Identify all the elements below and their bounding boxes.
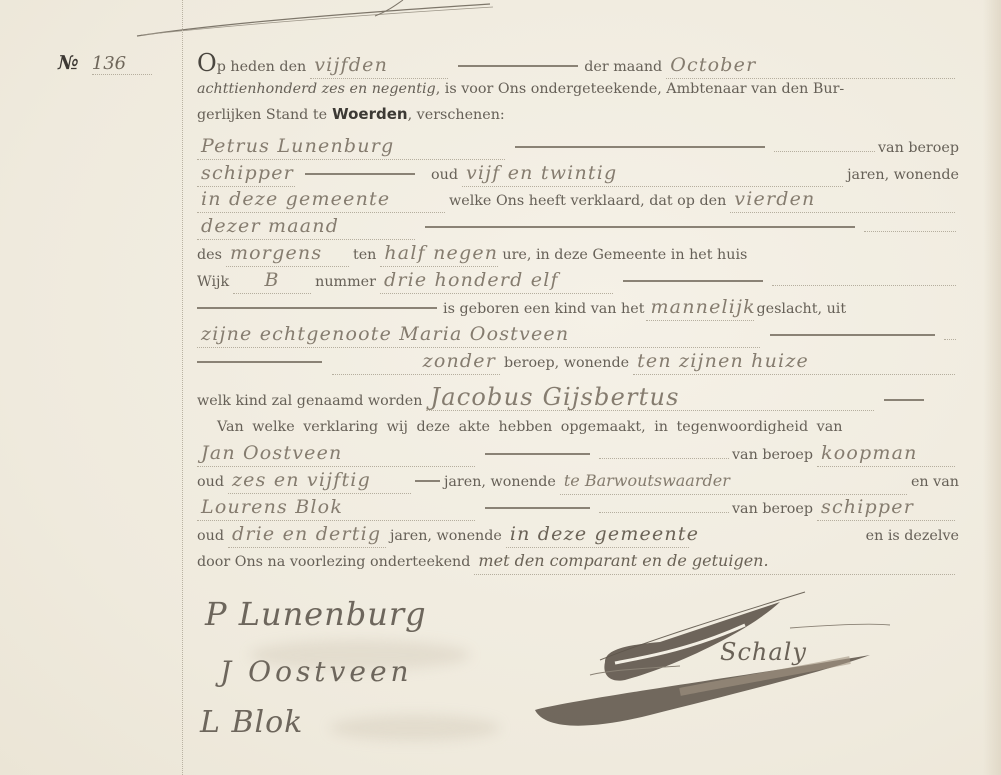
fill-dash (197, 361, 322, 363)
line-10: is geboren een kind van het mannelijk ge… (197, 294, 959, 320)
fill-dash (485, 453, 590, 455)
print-text: Van welke verklaring wij deze akte hebbe… (217, 414, 842, 440)
fill-dash (515, 146, 765, 148)
print-text: en van (911, 469, 959, 495)
fill-dash (485, 507, 590, 509)
field-signers: met den comparant en de getuigen. (474, 548, 955, 575)
margin-rule (182, 0, 183, 775)
line-16: oud zes en vijftig jaren, wonende te Bar… (197, 467, 959, 493)
signature-witness1: J Oostveen (220, 655, 413, 688)
signature-witness2: L Blok (200, 705, 303, 740)
print-text: van beroep (732, 496, 813, 522)
fill-dash (197, 307, 437, 309)
fill-dash (770, 334, 935, 336)
field-mother-occupation: zonder (332, 348, 500, 375)
fill-dash (458, 65, 578, 67)
print-text: welke Ons heeft verklaard, dat op den (449, 188, 726, 214)
print-text: , verschenen: (408, 102, 505, 128)
line-8: des morgens ten half negen ure, in deze … (197, 240, 959, 266)
print-text: welk kind zal genaamd worden (197, 388, 422, 414)
line-9: Wijk B nummer drie honderd elf (197, 267, 959, 293)
line-18: oud drie en dertig jaren, wonende in dez… (197, 521, 959, 547)
field-mother: zijne echtgenoote Maria Oostveen (197, 321, 760, 348)
line-12: zonder beroep, wonende ten zijnen huize (197, 348, 959, 374)
fill-dash (425, 226, 855, 228)
line-14: Van welke verklaring wij deze akte hebbe… (197, 414, 959, 440)
print-text: ten (353, 242, 376, 268)
field-house-number: drie honderd elf (380, 267, 613, 294)
field-birth-day: vierden (730, 186, 955, 213)
field-hour: half negen (380, 240, 498, 267)
field-witness2-residence: in deze gemeente (506, 521, 689, 548)
field-witness1-residence: te Barwoutswaarder (560, 468, 907, 495)
line-15: Jan Oostveen van beroep koopman (197, 440, 959, 466)
line-2: achttienhonderd zes en negentig , is voo… (197, 76, 959, 102)
page-edge (983, 0, 1001, 775)
field-residence: in deze gemeente (197, 186, 445, 213)
print-text: Wijk (197, 269, 229, 295)
print-text: en is dezelve (866, 523, 959, 549)
print-text: is geboren een kind van het (443, 296, 644, 322)
print-text: door Ons na voorlezing onderteekend (197, 549, 470, 575)
field-occupation: schipper (197, 160, 295, 187)
print-text: ure, in deze Gemeente in het huis (502, 242, 747, 268)
register-page: № 136 O p heden den vijfden der maand Oc… (0, 0, 1001, 775)
line-6: in deze gemeente welke Ons heeft verklaa… (197, 186, 959, 212)
fill-dash (305, 173, 415, 175)
field-witness1: Jan Oostveen (197, 440, 475, 467)
signature-declarant: P Lunenburg (205, 595, 427, 633)
fill-dash (623, 280, 763, 282)
field-witness2-age: drie en dertig (228, 521, 386, 548)
dotted-leader (599, 448, 729, 459)
line-13: welk kind zal genaamd worden Jacobus Gij… (197, 384, 959, 414)
field-child-name: Jacobus Gijsbertus (426, 384, 874, 411)
line-17: Lourens Blok van beroep schipper (197, 494, 959, 520)
line-1: O p heden den vijfden der maand October (197, 50, 959, 76)
signature-official: Schaly (720, 638, 807, 666)
print-text: gerlijken Stand te (197, 102, 327, 128)
print-text: , is voor Ons ondergeteekende, Ambtenaar… (436, 76, 845, 102)
fill-dash (884, 399, 924, 401)
print-text: jaren, wonende (847, 162, 959, 188)
print-text: oud (197, 469, 224, 495)
field-day: vijfden (310, 52, 448, 79)
print-text: van beroep (878, 135, 959, 161)
field-mother-residence: ten zijnen huize (633, 348, 955, 375)
field-year: achttienhonderd zes en negentig (197, 76, 436, 102)
field-sex: mannelijk (646, 294, 754, 321)
field-birth-month: dezer maand (197, 213, 415, 240)
print-text: jaren, wonende (444, 469, 556, 495)
print-text: oud (431, 162, 458, 188)
fill-dash (415, 480, 440, 482)
line-3: gerlijken Stand te Woerden , verschenen: (197, 101, 959, 127)
record-number: № 136 (58, 52, 152, 75)
line-4: Petrus Lunenburg van beroep (197, 133, 959, 159)
field-month: October (666, 52, 955, 79)
dotted-leader (772, 275, 956, 286)
municipality-name: Woerden (332, 101, 407, 127)
field-age: vijf en twintig (462, 160, 843, 187)
line-7: dezer maand (197, 213, 959, 239)
print-text: des (197, 242, 222, 268)
dotted-leader (774, 141, 875, 152)
dotted-leader (599, 502, 729, 513)
field-witness2: Lourens Blok (197, 494, 475, 521)
print-text: van beroep (732, 442, 813, 468)
line-11: zijne echtgenoote Maria Oostveen (197, 321, 959, 347)
line-19: door Ons na voorlezing onderteekend met … (197, 548, 959, 574)
field-witness1-age: zes en vijftig (228, 467, 411, 494)
print-text: nummer (315, 269, 376, 295)
line-5: schipper oud vijf en twintig jaren, wone… (197, 160, 959, 186)
print-text: beroep, wonende (504, 350, 629, 376)
dotted-leader (944, 329, 956, 340)
initial-letter: O (197, 50, 217, 76)
number-label: № (58, 52, 79, 74)
previous-entry-stroke (135, 0, 495, 40)
print-text: oud (197, 523, 224, 549)
dotted-leader (864, 221, 956, 232)
ink-smudge (330, 715, 500, 741)
field-witness1-occupation: koopman (817, 440, 955, 467)
print-text: geslacht, uit (756, 296, 846, 322)
number-value: 136 (92, 53, 152, 75)
field-witness2-occupation: schipper (817, 494, 955, 521)
print-text: jaren, wonende (390, 523, 502, 549)
field-declarant-name: Petrus Lunenburg (197, 133, 505, 160)
field-time-of-day: morgens (226, 240, 349, 267)
field-wijk: B (233, 267, 311, 294)
